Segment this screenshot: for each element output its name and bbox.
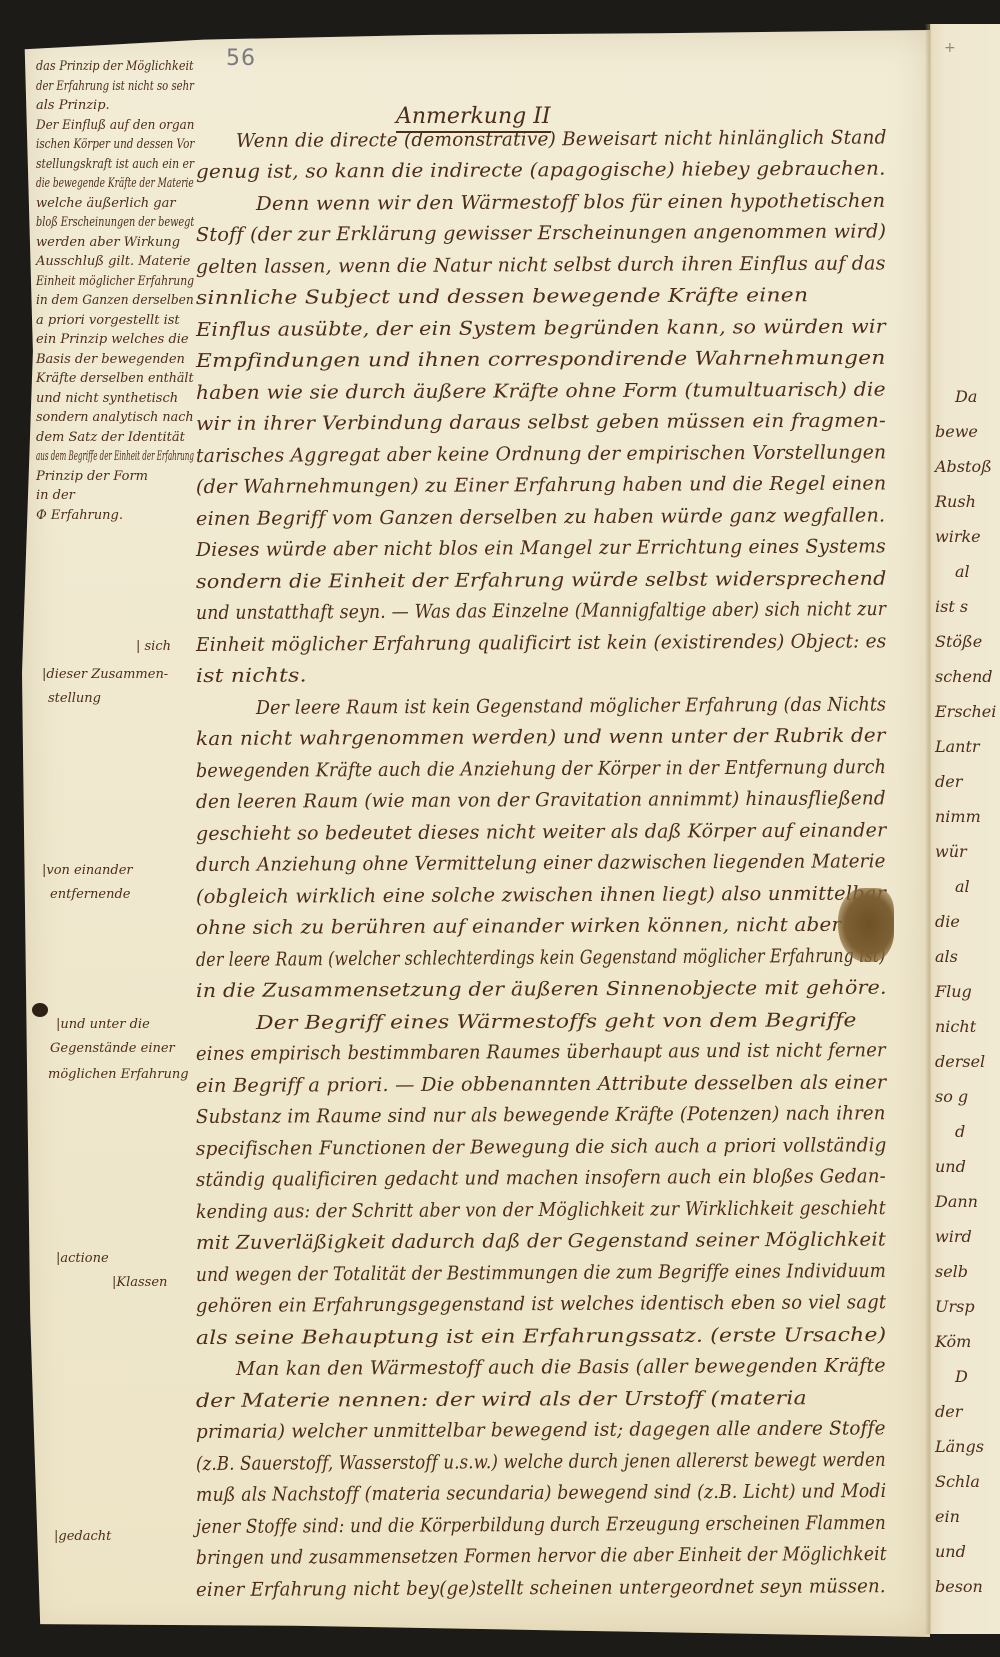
margin-note-line: werden aber Wirkung — [36, 236, 180, 249]
manuscript-line: in die Zusammensetzung der äußeren Sinne… — [196, 979, 887, 1001]
manuscript-line: eines empirisch bestimmbaren Raumes über… — [196, 1041, 886, 1064]
margin-note-line: Der Einfluß auf den organ — [36, 119, 194, 132]
right-page-line: ist s — [935, 599, 968, 615]
manuscript-page-right: DabeweAbstoßRushwirkealist sStößeschendE… — [930, 24, 1000, 1634]
margin-note-line: sondern analytisch nach — [36, 411, 194, 424]
margin-note-line: welche äußerlich gar — [36, 197, 176, 210]
right-page-line: wür — [935, 844, 967, 860]
manuscript-line: wir in ihrer Verbindung daraus selbst ge… — [196, 412, 886, 434]
manuscript-line: ständig qualificiren gedacht und machen … — [196, 1167, 886, 1190]
right-page-line: und — [935, 1544, 966, 1560]
margin-note-line: als Prinzip. — [36, 99, 110, 112]
right-page-line: Stöße — [935, 634, 982, 650]
margin-note-line: Ausschluß gilt. Materie — [36, 255, 190, 268]
manuscript-line: der Materie nennen: der wird als der Urs… — [196, 1389, 807, 1411]
margin-note-line: in der — [36, 489, 75, 502]
right-page-line: nimm — [935, 809, 981, 825]
manuscript-line: der leere Raum (welcher schlechterdings … — [196, 946, 886, 969]
right-page-line: so g — [935, 1089, 968, 1105]
manuscript-line: als seine Behauptung ist ein Erfahrungss… — [196, 1325, 886, 1347]
right-page-line: Da — [955, 389, 977, 405]
manuscript-line: kan nicht wahrgenommen werden) und wenn … — [196, 727, 886, 749]
manuscript-line: durch Anziehung ohne Vermittelung einer … — [196, 852, 886, 875]
right-page-line: Köm — [935, 1334, 971, 1350]
right-page-line: ein — [935, 1509, 960, 1525]
manuscript-line: ist nichts. — [196, 667, 307, 687]
manuscript-line: jener Stoffe sind: und die Körperbildung… — [196, 1513, 886, 1536]
manuscript-line: gehören ein Erfahrungsgegenstand ist wel… — [196, 1293, 886, 1316]
manuscript-line: ohne sich zu berühren auf einander wirke… — [196, 916, 886, 938]
right-page-line: Schla — [935, 1474, 980, 1490]
manuscript-line: specifischen Functionen der Bewegung die… — [196, 1136, 887, 1159]
margin-note-line: in dem Ganzen derselben — [36, 294, 194, 307]
right-page-line: Flug — [935, 984, 972, 1000]
margin-note-line: stellungskraft ist auch ein er — [36, 158, 194, 171]
margin-note-line: |gedacht — [54, 1530, 111, 1543]
manuscript-line: genug ist, so kann die indirecte (apagog… — [196, 160, 886, 182]
manuscript-line: bewegenden Kräfte auch die Anziehung der… — [196, 758, 886, 781]
manuscript-line: Wenn die directe (demonstrative) Beweisa… — [236, 128, 887, 151]
margin-note-line: die bewegende Kräfte der Materie — [36, 177, 194, 190]
right-page-line: Dann — [935, 1194, 978, 1210]
manuscript-line: Denn wenn wir den Wärmestoff blos für ei… — [256, 192, 885, 214]
manuscript-line: kending aus: der Schritt aber von der Mö… — [196, 1199, 886, 1222]
right-page-line: der — [935, 1404, 962, 1420]
manuscript-line: einen Begriff vom Ganzen derselben zu ha… — [196, 506, 885, 529]
manuscript-line: (der Wahrnehmungen) zu Einer Erfahrung h… — [196, 475, 886, 498]
margin-note-line: |Klassen — [112, 1276, 167, 1289]
manuscript-line: einer Erfahrung nicht bey(ge)stellt sche… — [196, 1577, 886, 1600]
margin-note-line: und nicht synthetisch — [36, 392, 178, 405]
margin-note-line: Kräfte derselben enthält — [36, 372, 194, 385]
right-page-line: al — [955, 564, 970, 580]
right-page-line: wird — [935, 1229, 972, 1245]
right-page-line: al — [955, 879, 970, 895]
margin-note-line: |dieser Zusammen- — [42, 668, 168, 681]
right-page-line: und — [935, 1159, 966, 1175]
margin-note-line: a priori vorgestellt ist — [36, 314, 180, 327]
right-page-line: Lantr — [935, 739, 980, 755]
margin-note-line: stellung — [48, 692, 101, 705]
manuscript-line: Stoff (der zur Erklärung gewisser Ersche… — [196, 223, 886, 246]
right-page-line: beson — [935, 1579, 983, 1595]
margin-note-line: der Erfahrung ist nicht so sehr — [36, 80, 194, 93]
margin-note-line: das Prinzip der Möglichkeit — [36, 60, 194, 73]
right-page-line: bewe — [935, 424, 978, 440]
manuscript-line: tarisches Aggregat aber keine Ordnung de… — [196, 443, 886, 466]
manuscript-line: mit Zuverläßigkeit dadurch daß der Gegen… — [196, 1231, 886, 1253]
manuscript-line: Einflus ausübte, der ein System begründe… — [196, 318, 886, 340]
corner-mark: + — [944, 40, 956, 56]
manuscript-line: muß als Nachstoff (materia secundaria) b… — [196, 1482, 886, 1505]
right-page-line: Längs — [935, 1439, 984, 1455]
right-page-line: selb — [935, 1264, 968, 1280]
manuscript-line: Einheit möglicher Erfahrung qualificirt … — [196, 632, 886, 655]
margin-note-line: aus dem Begriffe der Einheit der Erfahru… — [36, 450, 194, 463]
right-page-line: der — [935, 774, 962, 790]
manuscript-line: Empfindungen und ihnen correspondirende … — [196, 349, 886, 371]
right-page-line: Erschei — [935, 704, 996, 720]
margin-note-line: entfernende — [50, 888, 130, 901]
right-page-line: als — [935, 949, 958, 965]
manuscript-line: bringen und zusammensetzen Formen hervor… — [196, 1545, 887, 1568]
manuscript-line: Dieses würde aber nicht blos ein Mangel … — [196, 538, 886, 561]
right-page-line: wirke — [935, 529, 981, 545]
margin-note-line: Prinzip der Form — [36, 470, 148, 483]
margin-note-line: |und unter die — [56, 1018, 150, 1031]
manuscript-line: Man kan den Wärmestoff auch die Basis (a… — [236, 1357, 886, 1379]
manuscript-line: Der leere Raum ist kein Gegenstand mögli… — [256, 695, 886, 718]
manuscript-line: primaria) welcher unmittelbar bewegend i… — [196, 1419, 886, 1442]
right-page-line: D — [955, 1369, 968, 1385]
manuscript-line: und unstatthaft seyn. — Was das Einzelne… — [196, 600, 886, 623]
manuscript-line: sondern die Einheit der Erfahrung würde … — [196, 570, 887, 592]
margin-note-line: Ф Erfahrung. — [36, 509, 123, 522]
manuscript-line: (obgleich wirklich eine solche zwischen … — [196, 884, 886, 907]
ink-stain — [838, 888, 894, 962]
page-number: 56 — [226, 46, 256, 71]
manuscript-line: sinnliche Subject und dessen bewegende K… — [196, 287, 808, 309]
right-page-line: Ursp — [935, 1299, 975, 1315]
manuscript-line: (z.B. Sauerstoff, Wasserstoff u.s.w.) we… — [196, 1450, 886, 1473]
right-page-line: dersel — [935, 1054, 985, 1070]
margin-note-line: bloß Erscheinungen der bewegt — [36, 216, 194, 229]
margin-note-line: ischen Körper und dessen Vor — [36, 138, 194, 151]
margin-note-line: dem Satz der Identität — [36, 431, 185, 444]
manuscript-line: gelten lassen, wenn die Natur nicht selb… — [196, 254, 886, 277]
right-page-line: schend — [935, 669, 993, 685]
manuscript-line: geschieht so bedeutet dieses nicht weite… — [196, 821, 886, 844]
manuscript-line: den leeren Raum (wie man von der Gravita… — [196, 790, 886, 813]
margin-note-line: möglichen Erfahrung — [48, 1068, 189, 1081]
right-page-line: die — [935, 914, 960, 930]
right-page-line: Rush — [935, 494, 976, 510]
ink-blot — [32, 1003, 48, 1017]
right-page-line: d — [955, 1124, 965, 1140]
margin-note-line: | sich — [136, 640, 171, 653]
manuscript-line: ein Begriff a priori. — Die obbenannten … — [196, 1073, 886, 1096]
manuscript-line: haben wie sie durch äußere Kräfte ohne F… — [196, 381, 886, 403]
manuscript-line: und wegen der Totalität der Bestimmungen… — [196, 1262, 886, 1285]
margin-note-line: Einheit möglicher Erfahrung — [36, 275, 194, 288]
margin-note-line: ein Prinzip welches die — [36, 333, 189, 346]
manuscript-line: Der Begriff eines Wärmestoffs geht von d… — [256, 1011, 857, 1033]
right-page-line: Abstoß — [935, 459, 992, 475]
margin-note-line: |von einander — [42, 864, 133, 877]
margin-note-line: |actione — [56, 1252, 109, 1265]
right-page-line: nicht — [935, 1019, 976, 1035]
manuscript-line: Substanz im Raume sind nur als bewegende… — [196, 1104, 886, 1127]
margin-note-line: Gegenstände einer — [50, 1042, 175, 1055]
margin-note-line: Basis der bewegenden — [36, 353, 185, 366]
